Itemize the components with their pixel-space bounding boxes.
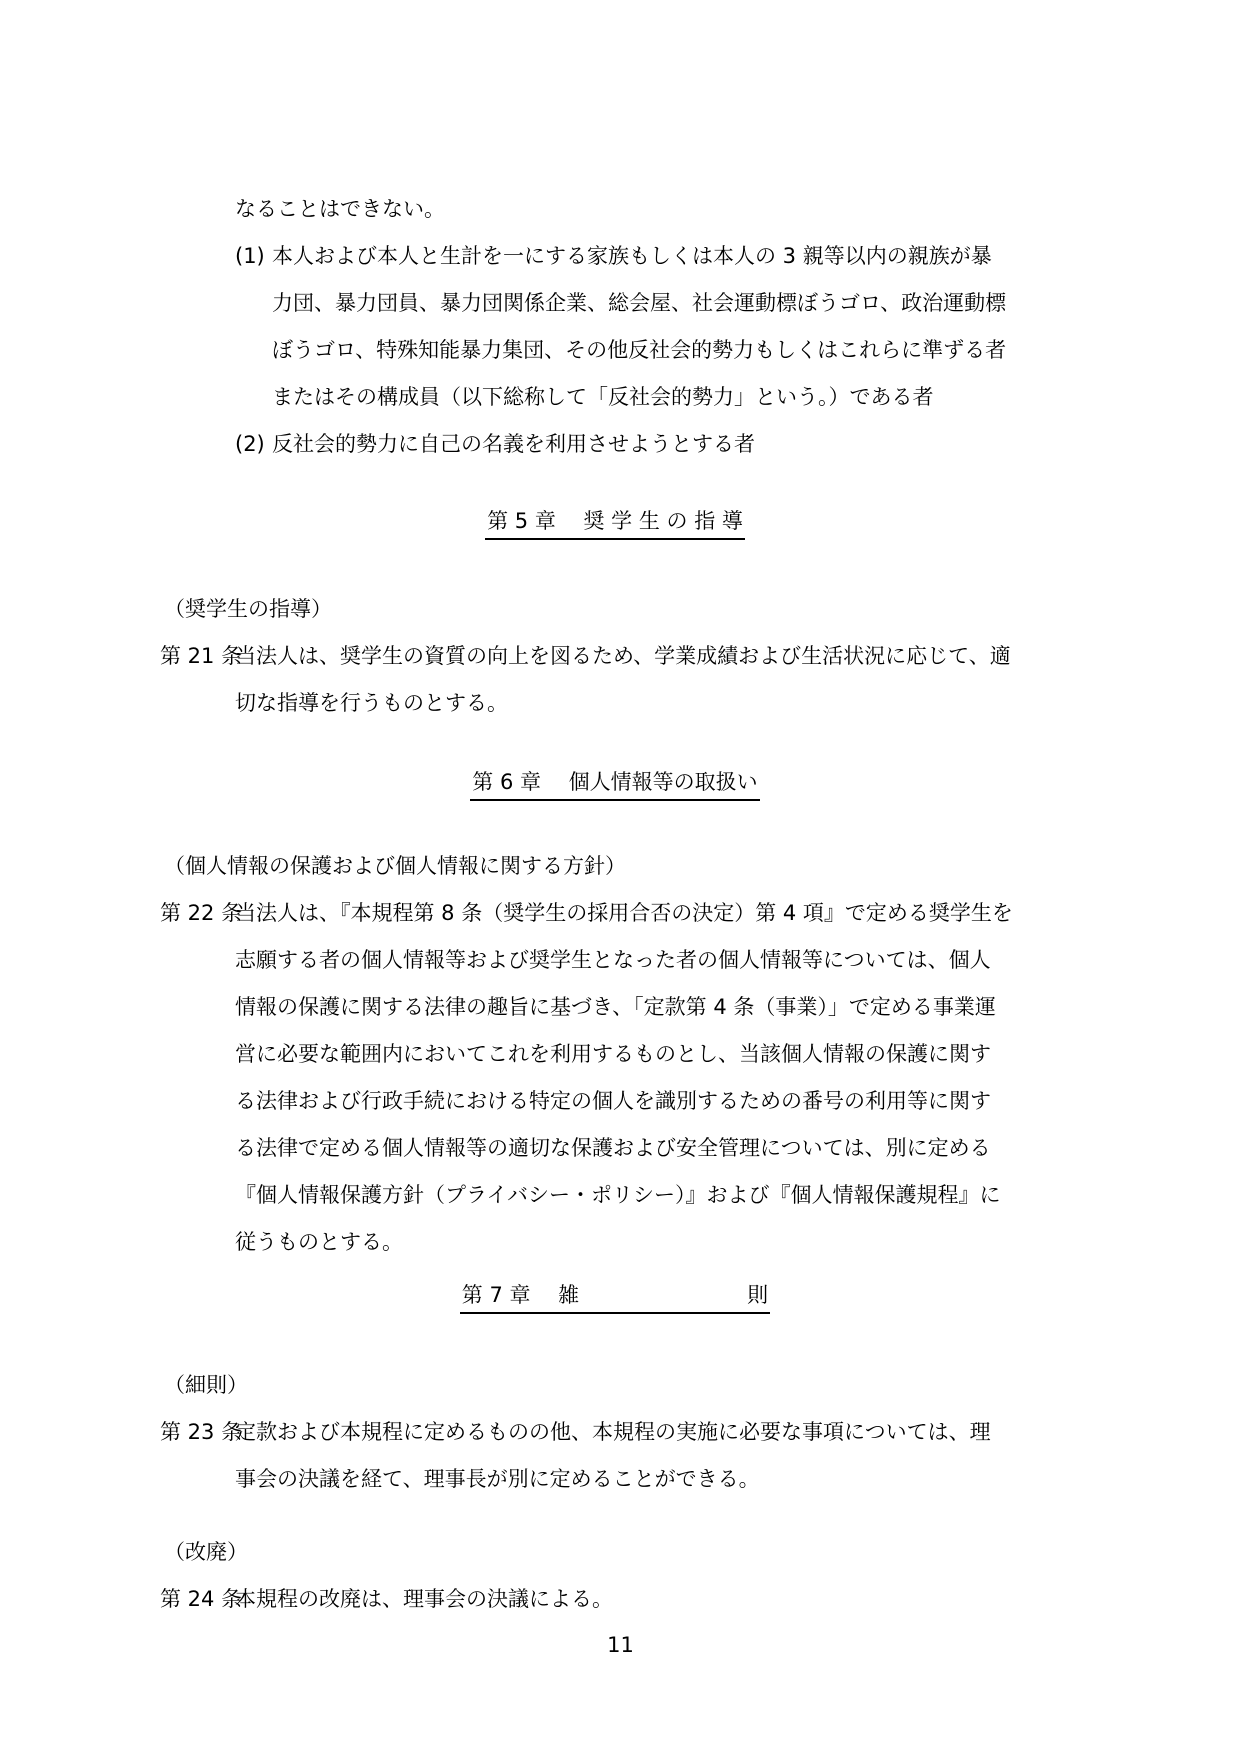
text-line: 志願する者の個人情報等および奨学生となった者の個人情報等については、個人 [235,937,1070,984]
text-line: る法律で定める個人情報等の適切な保護および安全管理については、別に定める [235,1125,1070,1172]
text-line: 従うものとする。 [235,1219,1070,1266]
text-line: 当法人は、奨学生の資質の向上を図るため、学業成績および生活状況に応じて、適 [235,644,1011,668]
text-line: 第 22 条当法人は、『本規程第 8 条（奨学生の採用合否の決定）第 4 項』で… [160,890,1070,937]
text-line: 本規程の改廃は、理事会の決議による。 [235,1587,613,1611]
text-line: 定款および本規程に定めるものの他、本規程の実施に必要な事項については、理 [235,1420,991,1444]
document-page: なることはできない。 (1)本人および本人と生計を一にする家族もしくは本人の 3… [0,0,1241,1755]
text-line: (2)反社会的勢力に自己の名義を利用させようとする者 [235,421,1070,468]
chapter-7-title: 第 7 章 雑 則 [460,1280,770,1314]
text-line: る法律および行政手続における特定の個人を識別するための番号の利用等に関す [235,1078,1070,1125]
text-line: 反社会的勢力に自己の名義を利用させようとする者 [272,432,755,456]
article-number: 第 24 条 [160,1576,235,1623]
article-22-label: （個人情報の保護および個人情報に関する方針） [164,843,1070,890]
chapter-6-title: 第 6 章 個人情報等の取扱い [470,767,759,801]
list-item-2: (2)反社会的勢力に自己の名義を利用させようとする者 [235,421,1070,468]
chapter-6-heading: 第 6 章 個人情報等の取扱い [160,767,1070,801]
article-number: 第 22 条 [160,890,235,937]
text-line: 当法人は、『本規程第 8 条（奨学生の採用合否の決定）第 4 項』で定める奨学生… [235,901,1013,925]
article-23-label: （細則） [164,1362,1070,1409]
item-number: (1) [235,233,272,280]
text-line: 営に必要な範囲内においてこれを利用するものとし、当該個人情報の保護に関す [235,1031,1070,1078]
article-24-label: （改廃） [164,1529,1070,1576]
article-21-label: （奨学生の指導） [164,586,1070,633]
list-item-1: (1)本人および本人と生計を一にする家族もしくは本人の 3 親等以内の親族が暴 … [235,233,1070,421]
article-24: 第 24 条本規程の改廃は、理事会の決議による。 [160,1576,1070,1623]
text-line: 『個人情報保護方針（プライバシー・ポリシー）』および『個人情報保護規程』に [235,1172,1070,1219]
article-number: 第 21 条 [160,633,235,680]
text-line: 第 21 条当法人は、奨学生の資質の向上を図るため、学業成績および生活状況に応じ… [160,633,1070,680]
article-21: 第 21 条当法人は、奨学生の資質の向上を図るため、学業成績および生活状況に応じ… [160,633,1070,727]
paragraph-continuation: なることはできない。 [235,186,1070,233]
item-number: (2) [235,421,272,468]
document-content: なることはできない。 (1)本人および本人と生計を一にする家族もしくは本人の 3… [160,186,1070,1623]
text-line: 事会の決議を経て、理事長が別に定めることができる。 [235,1456,1070,1503]
text-line: 切な指導を行うものとする。 [235,680,1070,727]
chapter-7-heading: 第 7 章 雑 則 [160,1280,1070,1314]
text-line: ぼうゴロ、特殊知能暴力集団、その他反社会的勢力もしくはこれらに準ずる者 [272,327,1070,374]
text-line: 情報の保護に関する法律の趣旨に基づき、「定款第 4 条（事業）」で定める事業運 [235,984,1070,1031]
page-number: 11 [0,1630,1241,1660]
chapter-5-title: 第 5 章 奨 学 生 の 指 導 [485,506,745,540]
article-22: 第 22 条当法人は、『本規程第 8 条（奨学生の採用合否の決定）第 4 項』で… [160,890,1070,1266]
chapter-5-heading: 第 5 章 奨 学 生 の 指 導 [160,506,1070,540]
text-line: またはその構成員（以下総称して「反社会的勢力」という。）である者 [272,374,1070,421]
text-line: (1)本人および本人と生計を一にする家族もしくは本人の 3 親等以内の親族が暴 [235,233,1070,280]
text-line: 本人および本人と生計を一にする家族もしくは本人の 3 親等以内の親族が暴 [272,244,992,268]
text-line: 力団、暴力団員、暴力団関係企業、総会屋、社会運動標ぼうゴロ、政治運動標 [272,280,1070,327]
text-line: 第 24 条本規程の改廃は、理事会の決議による。 [160,1576,1070,1623]
text-line: 第 23 条定款および本規程に定めるものの他、本規程の実施に必要な事項については… [160,1409,1070,1456]
article-number: 第 23 条 [160,1409,235,1456]
article-23: 第 23 条定款および本規程に定めるものの他、本規程の実施に必要な事項については… [160,1409,1070,1503]
